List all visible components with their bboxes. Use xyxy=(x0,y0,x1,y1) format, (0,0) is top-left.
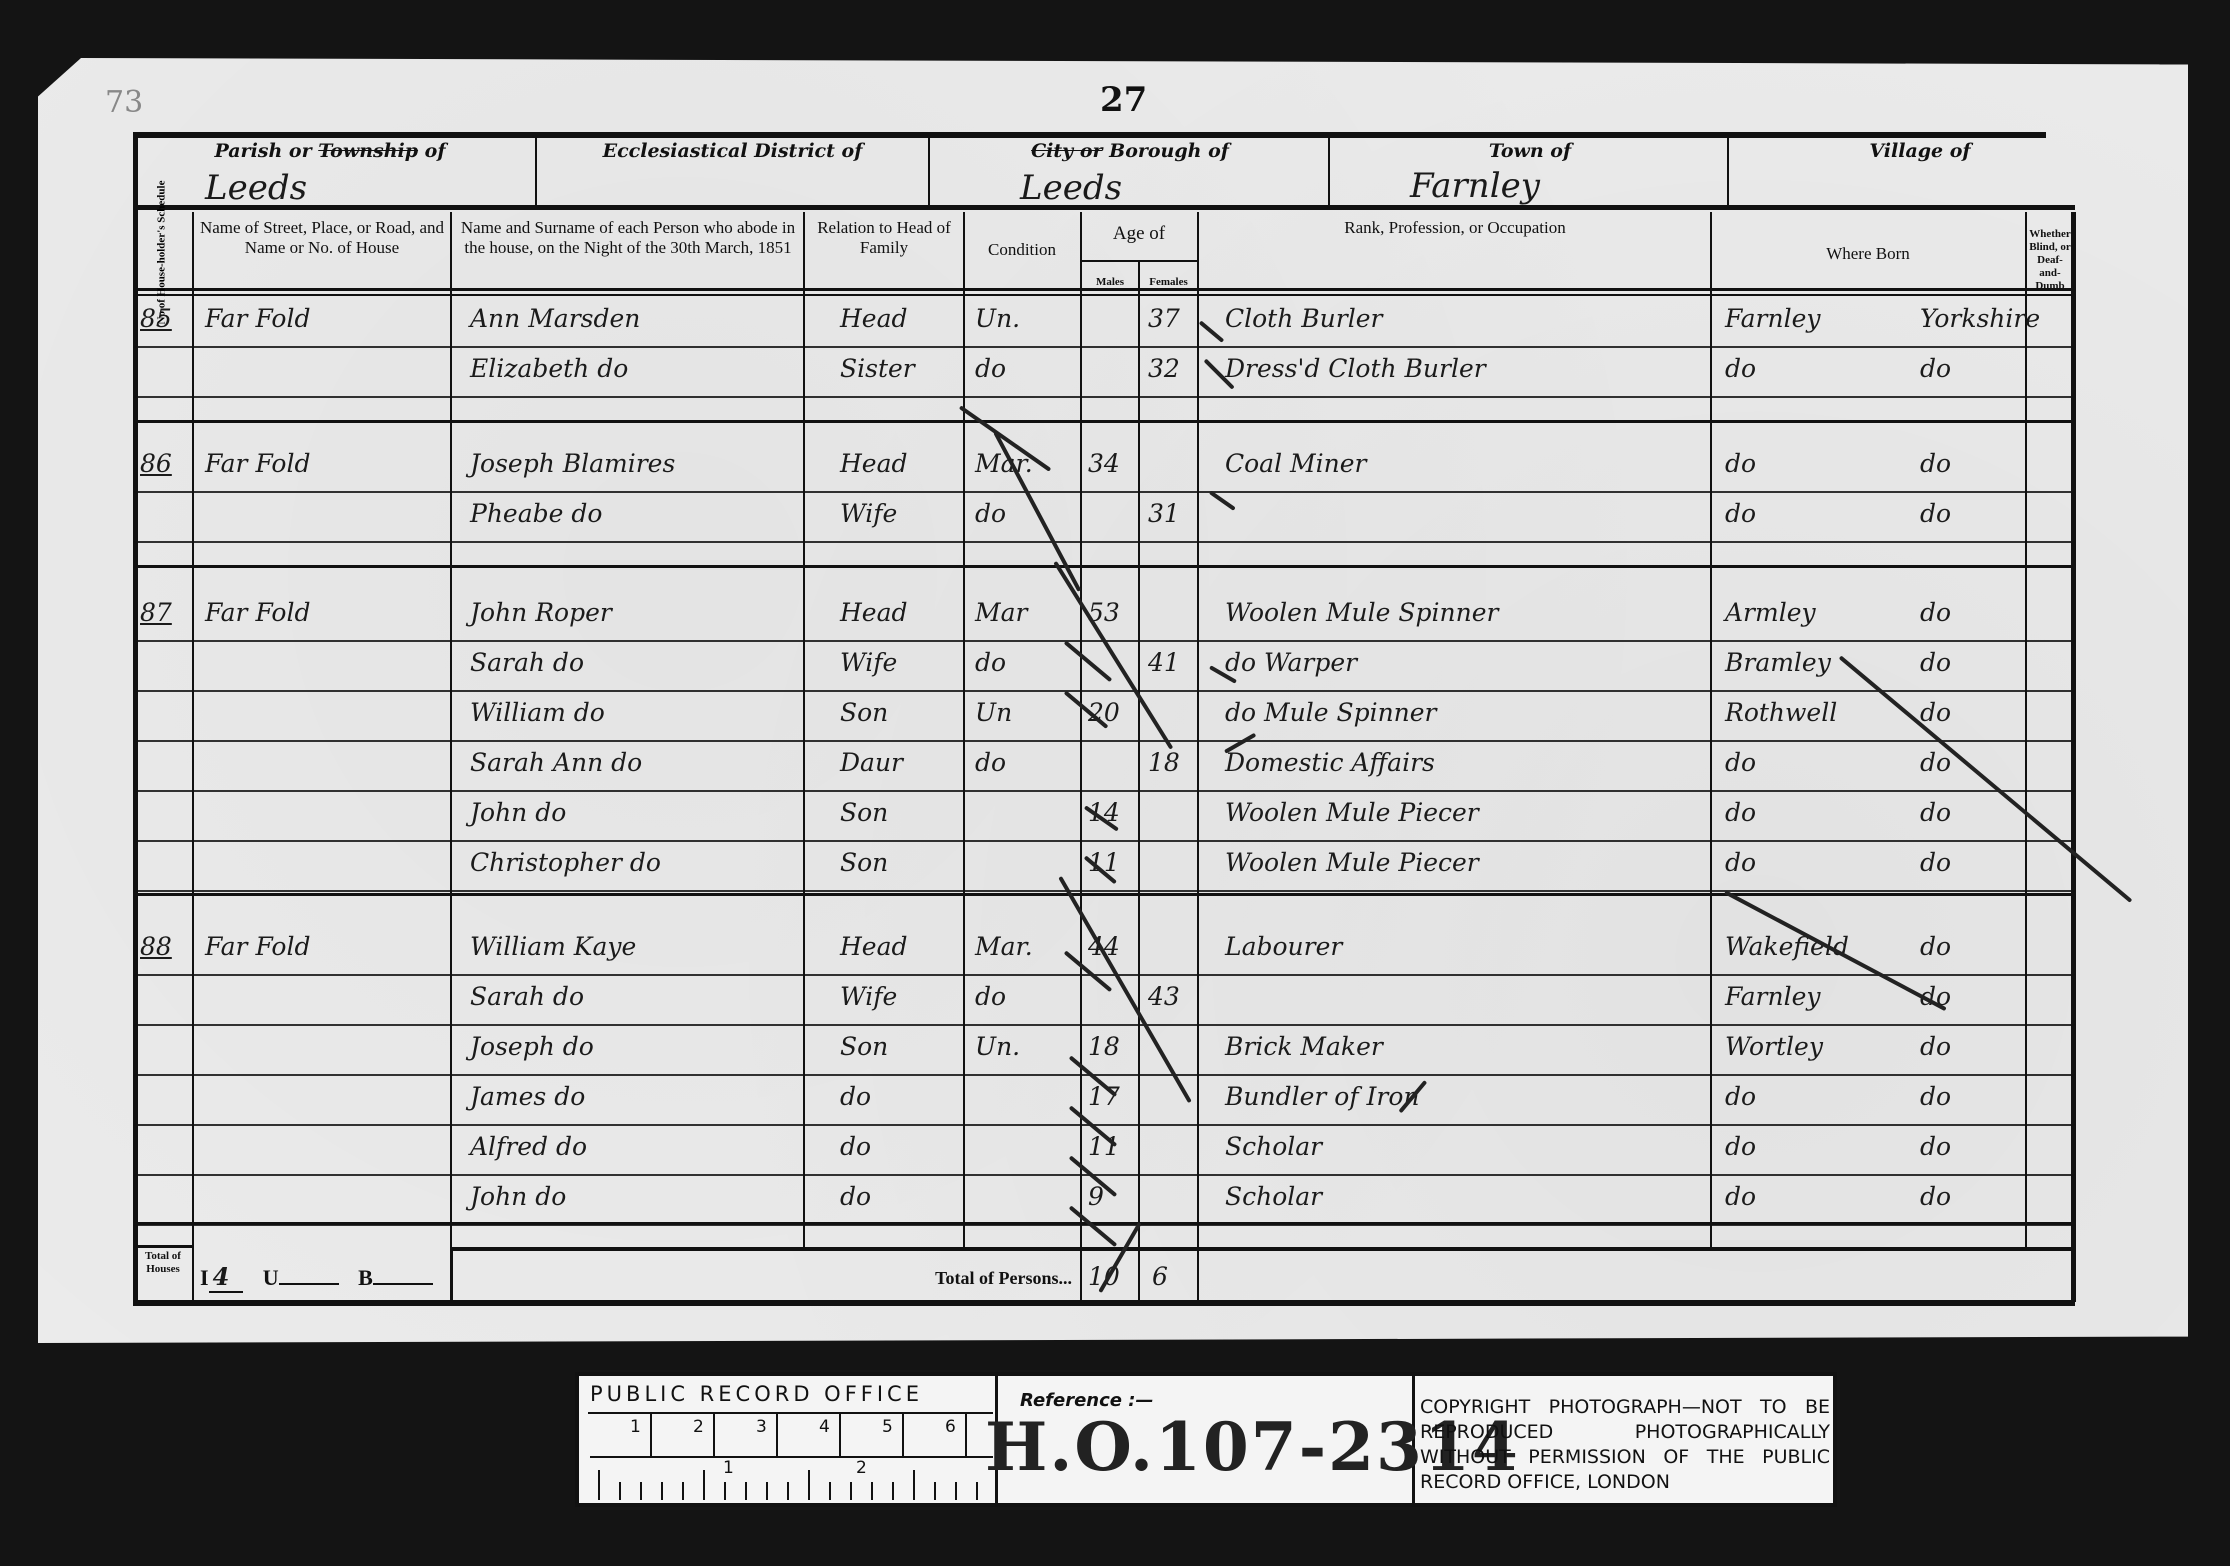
row-born-place: do xyxy=(1725,354,1756,383)
ruler-tick xyxy=(745,1482,747,1500)
row-condition: do xyxy=(975,648,1006,677)
row-relation: Daur xyxy=(840,748,903,777)
col-divider xyxy=(1710,212,1712,1247)
row-occupation: do Mule Spinner xyxy=(1225,698,1437,727)
row-born-county: do xyxy=(1920,698,1951,727)
page-number: 27 xyxy=(1100,80,1147,120)
row-relation: do xyxy=(840,1082,871,1111)
row-born-place: Armley xyxy=(1725,598,1816,627)
row-born-county: do xyxy=(1920,1032,1951,1061)
household-separator xyxy=(133,565,2075,568)
row-name: John do xyxy=(470,798,566,827)
row-street: Far Fold xyxy=(205,932,310,961)
row-born-place: do xyxy=(1725,449,1756,478)
parish-label: Parish or Township of xyxy=(140,140,520,162)
divider xyxy=(535,136,537,208)
row-occupation: Cloth Burler xyxy=(1225,304,1382,333)
row-relation: Wife xyxy=(840,982,897,1011)
row-rule xyxy=(133,541,2075,543)
household-separator xyxy=(133,1222,2075,1225)
row-occupation: Scholar xyxy=(1225,1132,1322,1161)
ruler-midline xyxy=(590,1456,993,1458)
col-divider xyxy=(450,212,452,1302)
copyright-notice: COPYRIGHT PHOTOGRAPH—NOT TO BE REPRODUCE… xyxy=(1420,1395,1830,1495)
row-rule xyxy=(133,1074,2075,1076)
row-relation: Head xyxy=(840,449,908,478)
divider xyxy=(928,136,930,208)
row-occupation: Domestic Affairs xyxy=(1225,748,1435,777)
row-relation: Son xyxy=(840,1032,888,1061)
ecclesiastical-label: Ecclesiastical District of xyxy=(540,140,925,162)
city-value: Leeds xyxy=(1020,168,1122,208)
row-born-place: do xyxy=(1725,748,1756,777)
corner-folio-mark: 73 xyxy=(105,85,143,120)
row-occupation: Scholar xyxy=(1225,1182,1322,1211)
total-females: 6 xyxy=(1152,1262,1168,1291)
row-name: Elizabeth do xyxy=(470,354,628,383)
row-occupation: do Warper xyxy=(1225,648,1357,677)
divider xyxy=(1727,136,1729,208)
row-schedule: 86 xyxy=(140,449,172,478)
ruler-tick xyxy=(766,1482,768,1500)
ruler-tick xyxy=(965,1414,967,1456)
ruler-cm-label: 1 xyxy=(630,1417,641,1437)
colhdr-name: Name and Surname of each Person who abod… xyxy=(454,218,802,258)
row-born-county: do xyxy=(1920,1182,1951,1211)
row-relation: Head xyxy=(840,598,908,627)
village-label: Village of xyxy=(1735,140,2105,162)
row-relation: Son xyxy=(840,848,888,877)
row-schedule: 88 xyxy=(140,932,172,961)
row-female-age: 31 xyxy=(1148,499,1180,528)
ruler-tick xyxy=(829,1482,831,1500)
row-street: Far Fold xyxy=(205,598,310,627)
town-value: Farnley xyxy=(1410,166,1540,206)
row-relation: do xyxy=(840,1132,871,1161)
row-name: Alfred do xyxy=(470,1132,587,1161)
row-rule xyxy=(133,491,2075,493)
ruler-tick xyxy=(871,1482,873,1500)
ruler-tick xyxy=(650,1414,652,1456)
row-relation: Son xyxy=(840,798,888,827)
ruler-tick xyxy=(892,1482,894,1500)
colhdr-males: Males xyxy=(1082,272,1138,292)
col-divider xyxy=(1138,262,1140,1302)
row-born-county: do xyxy=(1920,932,1951,961)
row-female-age: 32 xyxy=(1148,354,1180,383)
row-female-age: 18 xyxy=(1148,748,1180,777)
bottom-border xyxy=(133,1300,2075,1306)
row-schedule: 85 xyxy=(140,304,172,333)
row-condition: Mar xyxy=(975,598,1027,627)
row-rule xyxy=(133,740,2075,742)
row-occupation: Bundler of Iron xyxy=(1225,1082,1420,1111)
ruler-tick xyxy=(913,1470,915,1500)
row-relation: Head xyxy=(840,932,908,961)
row-born-place: Bramley xyxy=(1725,648,1831,677)
row-born-county: Yorkshire xyxy=(1920,304,2040,333)
row-born-place: do xyxy=(1725,1082,1756,1111)
ruler-tick xyxy=(902,1414,904,1456)
ruler-tick xyxy=(619,1482,621,1500)
row-relation: Wife xyxy=(840,648,897,677)
ruler-cm-label: 6 xyxy=(945,1417,956,1437)
ruler-cm-label: 3 xyxy=(756,1417,767,1437)
total-persons-label: Total of Persons... xyxy=(850,1268,1072,1289)
col-divider xyxy=(963,212,965,1247)
totals-divider xyxy=(450,1247,453,1302)
ruler-tick xyxy=(850,1482,852,1500)
row-occupation: Brick Maker xyxy=(1225,1032,1383,1061)
city-label: City or Borough of xyxy=(935,140,1325,162)
ruler-tick xyxy=(724,1482,726,1500)
row-born-county: do xyxy=(1920,748,1951,777)
right-border xyxy=(2071,212,2076,1302)
row-name: Ann Marsden xyxy=(470,304,640,333)
ruler-tick xyxy=(640,1482,642,1500)
row-name: Joseph do xyxy=(470,1032,594,1061)
row-name: Sarah do xyxy=(470,982,584,1011)
row-born-county: do xyxy=(1920,499,1951,528)
totals-rule xyxy=(133,1245,193,1248)
ruler-tick xyxy=(955,1482,957,1500)
row-occupation: Coal Miner xyxy=(1225,449,1366,478)
ruler-tick xyxy=(776,1414,778,1456)
colhdr-street: Name of Street, Place, or Road, and Name… xyxy=(196,218,448,258)
row-born-county: do xyxy=(1920,598,1951,627)
row-condition: do xyxy=(975,354,1006,383)
ruler-tick xyxy=(976,1482,978,1500)
colhdr-occupation: Rank, Profession, or Occupation xyxy=(1300,218,1610,238)
ruler-tick xyxy=(713,1414,715,1456)
row-occupation: Woolen Mule Piecer xyxy=(1225,798,1479,827)
row-born-county: do xyxy=(1920,1082,1951,1111)
row-condition: Mar. xyxy=(975,932,1033,961)
row-born-county: do xyxy=(1920,798,1951,827)
ruler-cm-label: 5 xyxy=(882,1417,893,1437)
ruler-tick xyxy=(682,1482,684,1500)
row-name: Joseph Blamires xyxy=(470,449,675,478)
row-name: William Kaye xyxy=(470,932,636,961)
ruler-tick xyxy=(934,1482,936,1500)
colhdr-age: Age of xyxy=(1082,224,1196,244)
row-rule xyxy=(133,1124,2075,1126)
colhdr-relation: Relation to Head of Family xyxy=(808,218,960,258)
parish-value: Leeds xyxy=(205,168,307,208)
row-born-county: do xyxy=(1920,648,1951,677)
ruler-tick xyxy=(787,1482,789,1500)
row-female-age: 43 xyxy=(1148,982,1180,1011)
pro-title: PUBLIC RECORD OFFICE xyxy=(590,1382,990,1406)
row-female-age: 37 xyxy=(1148,304,1180,333)
row-relation: do xyxy=(840,1182,871,1211)
row-relation: Son xyxy=(840,698,888,727)
row-born-place: Farnley xyxy=(1725,982,1821,1011)
row-born-place: Wortley xyxy=(1725,1032,1823,1061)
row-name: Sarah Ann do xyxy=(470,748,642,777)
row-female-age: 41 xyxy=(1148,648,1180,677)
row-born-place: do xyxy=(1725,1132,1756,1161)
total-houses-label: Total of Houses xyxy=(135,1250,191,1276)
row-rule xyxy=(133,396,2075,398)
row-born-place: do xyxy=(1725,1182,1756,1211)
row-street: Far Fold xyxy=(205,304,310,333)
row-rule xyxy=(133,890,2075,892)
row-name: Christopher do xyxy=(470,848,661,877)
ruler-inch-label: 1 xyxy=(723,1458,734,1478)
household-separator xyxy=(133,893,2075,896)
row-male-age: 34 xyxy=(1088,449,1120,478)
row-rule xyxy=(133,690,2075,692)
col-divider xyxy=(192,212,194,1302)
colhdr-blind: Whether Blind, or Deaf-and-Dumb xyxy=(2027,228,2073,293)
ruler-inch-label: 2 xyxy=(856,1458,867,1478)
row-occupation: Dress'd Cloth Burler xyxy=(1225,354,1486,383)
row-condition: do xyxy=(975,982,1006,1011)
row-rule xyxy=(133,840,2075,842)
row-rule xyxy=(133,346,2075,348)
col-divider xyxy=(1080,212,1082,1302)
divider xyxy=(1328,136,1330,208)
row-born-county: do xyxy=(1920,848,1951,877)
col-divider xyxy=(803,212,805,1247)
row-male-age: 18 xyxy=(1088,1032,1120,1061)
row-born-county: do xyxy=(1920,354,1951,383)
row-born-county: do xyxy=(1920,1132,1951,1161)
colhdr-condition: Condition xyxy=(966,240,1078,260)
row-rule xyxy=(133,1024,2075,1026)
row-born-place: do xyxy=(1725,499,1756,528)
row-born-county: do xyxy=(1920,449,1951,478)
row-rule xyxy=(133,790,2075,792)
row-born-place: do xyxy=(1725,798,1756,827)
ruler-tick xyxy=(598,1470,600,1500)
row-condition: do xyxy=(975,748,1006,777)
town-label: Town of xyxy=(1335,140,1725,162)
top-rule xyxy=(133,132,2046,138)
totals-rule xyxy=(450,1247,2075,1251)
row-relation: Sister xyxy=(840,354,915,383)
row-name: Pheabe do xyxy=(470,499,602,528)
colhdr-females: Females xyxy=(1140,272,1197,292)
col-divider xyxy=(2025,212,2027,1247)
row-rule xyxy=(133,1174,2075,1176)
row-name: James do xyxy=(470,1082,585,1111)
row-name: Sarah do xyxy=(470,648,584,677)
ruler-tick xyxy=(839,1414,841,1456)
total-houses-counts: I4 U B xyxy=(200,1262,433,1291)
household-separator xyxy=(133,420,2075,423)
row-rule xyxy=(133,974,2075,976)
row-name: William do xyxy=(470,698,605,727)
row-occupation: Labourer xyxy=(1225,932,1342,961)
ruler-tick xyxy=(808,1470,810,1500)
ruler-cm-label: 2 xyxy=(693,1417,704,1437)
row-occupation: Woolen Mule Spinner xyxy=(1225,598,1498,627)
row-name: John Roper xyxy=(470,598,612,627)
col-divider xyxy=(1197,212,1199,1302)
row-relation: Head xyxy=(840,304,908,333)
row-born-place: do xyxy=(1725,848,1756,877)
row-condition: Un. xyxy=(975,1032,1020,1061)
ruler-cm-label: 4 xyxy=(819,1417,830,1437)
colhdr-schedule: No of House-holder's Schedule xyxy=(133,214,191,290)
colhdr-rule-2 xyxy=(133,294,2075,296)
ruler-tick xyxy=(703,1470,705,1500)
row-condition: do xyxy=(975,499,1006,528)
row-relation: Wife xyxy=(840,499,897,528)
row-condition: Un xyxy=(975,698,1012,727)
row-born-place: Rothwell xyxy=(1725,698,1837,727)
row-occupation: Woolen Mule Piecer xyxy=(1225,848,1479,877)
colhdr-where-born: Where Born xyxy=(1712,244,2024,264)
row-born-place: Farnley xyxy=(1725,304,1821,333)
row-schedule: 87 xyxy=(140,598,172,627)
row-condition: Un. xyxy=(975,304,1020,333)
ruler-tick xyxy=(661,1482,663,1500)
left-border xyxy=(133,132,138,1302)
row-name: John do xyxy=(470,1182,566,1211)
row-street: Far Fold xyxy=(205,449,310,478)
